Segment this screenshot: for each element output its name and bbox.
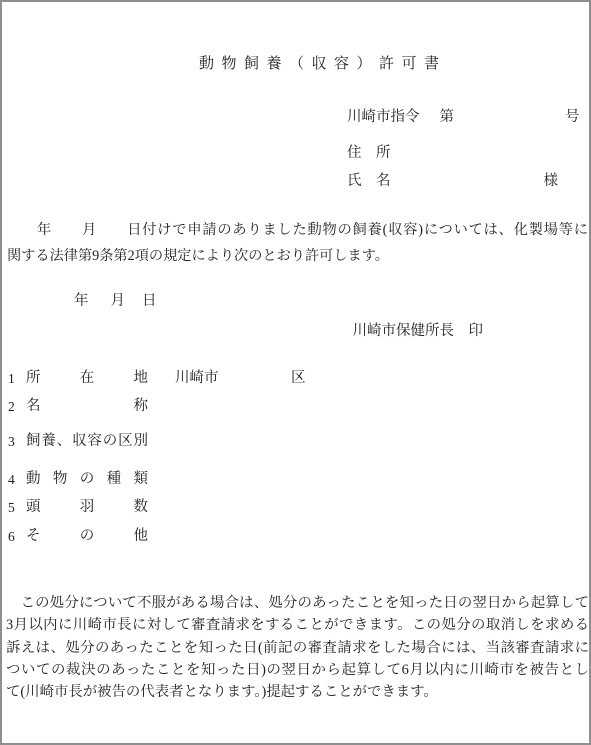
item-label: 飼養、収容の区別 — [26, 433, 148, 450]
item-row-animal-type: 4 動物の種類 — [8, 471, 175, 488]
appeal-notice-line: この処分について不服がある場合は、処分のあったことを知った日の翌日から起算して — [6, 592, 589, 614]
directive-number-line: 川崎市指令第号 — [347, 109, 580, 126]
item-label: 所在地 — [26, 370, 148, 387]
day-label: 日 — [142, 293, 157, 309]
item-row-other: 6 その他 — [8, 528, 175, 545]
address-label: 住 所 — [347, 145, 391, 162]
item-label: 名称 — [26, 398, 148, 415]
appeal-notice-paragraph: この処分について不服がある場合は、処分のあったことを知った日の翌日から起算して … — [6, 592, 589, 703]
name-label: 氏 名 — [347, 173, 391, 190]
number-dai-label: 第 — [440, 109, 455, 125]
issuer-seal-line: 川崎市保健所長 印 — [353, 323, 484, 340]
application-paragraph-line: 関する法律第9条第2項の規定により次のとおり許可します。 — [7, 243, 588, 269]
item-row-location: 1 所在地 川崎市 区 — [8, 370, 306, 387]
item-row-keep-or-house: 3 飼養、収容の区別 — [8, 433, 175, 450]
item-row-name: 2 名称 — [8, 398, 175, 415]
document-title: 動物飼養（収容）許可書 — [199, 56, 447, 72]
application-paragraph: 年 月 日付けで申請のありました動物の飼養(収容)については、化製場等に 関する… — [7, 217, 588, 269]
item-value: 川崎市 区 — [175, 370, 306, 387]
item-label: 動物の種類 — [26, 471, 148, 488]
appeal-notice-line: 3月以内に川崎市長に対して審査請求をすることができます。この処分の取消しを求める — [6, 614, 589, 636]
item-number: 4 — [8, 471, 26, 488]
name-line: 氏 名 様 — [347, 173, 558, 190]
appeal-notice-line: ついての裁決のあったことを知った日)の翌日から起算して6月以内に川崎市を被告とし — [6, 659, 589, 681]
honorific-label: 様 — [544, 173, 559, 190]
year-label: 年 — [74, 293, 89, 309]
application-paragraph-line: 年 月 日付けで申請のありました動物の飼養(収容)については、化製場等に — [7, 217, 588, 243]
item-number: 1 — [8, 370, 26, 387]
item-number: 6 — [8, 528, 26, 545]
permit-document: 動物飼養（収容）許可書 川崎市指令第号 住 所 氏 名 様 年 月 日付けで申請… — [0, 0, 591, 745]
item-label: その他 — [26, 528, 148, 545]
appeal-notice-line: 訴えは、処分のあったことを知った日(前記の審査請求をした場合には、当該審査請求に — [6, 637, 589, 659]
item-label: 頭羽数 — [26, 499, 148, 516]
number-go-label: 号 — [565, 109, 580, 125]
item-number: 5 — [8, 499, 26, 516]
appeal-notice-line: て(川崎市長が被告の代表者となります。)提起することができます。 — [6, 681, 589, 703]
month-label: 月 — [111, 293, 126, 309]
issue-date-line: 年月日 — [74, 293, 157, 310]
directive-prefix: 川崎市指令 — [347, 109, 420, 125]
item-number: 3 — [8, 433, 26, 450]
item-number: 2 — [8, 398, 26, 415]
item-row-head-count: 5 頭羽数 — [8, 499, 175, 516]
